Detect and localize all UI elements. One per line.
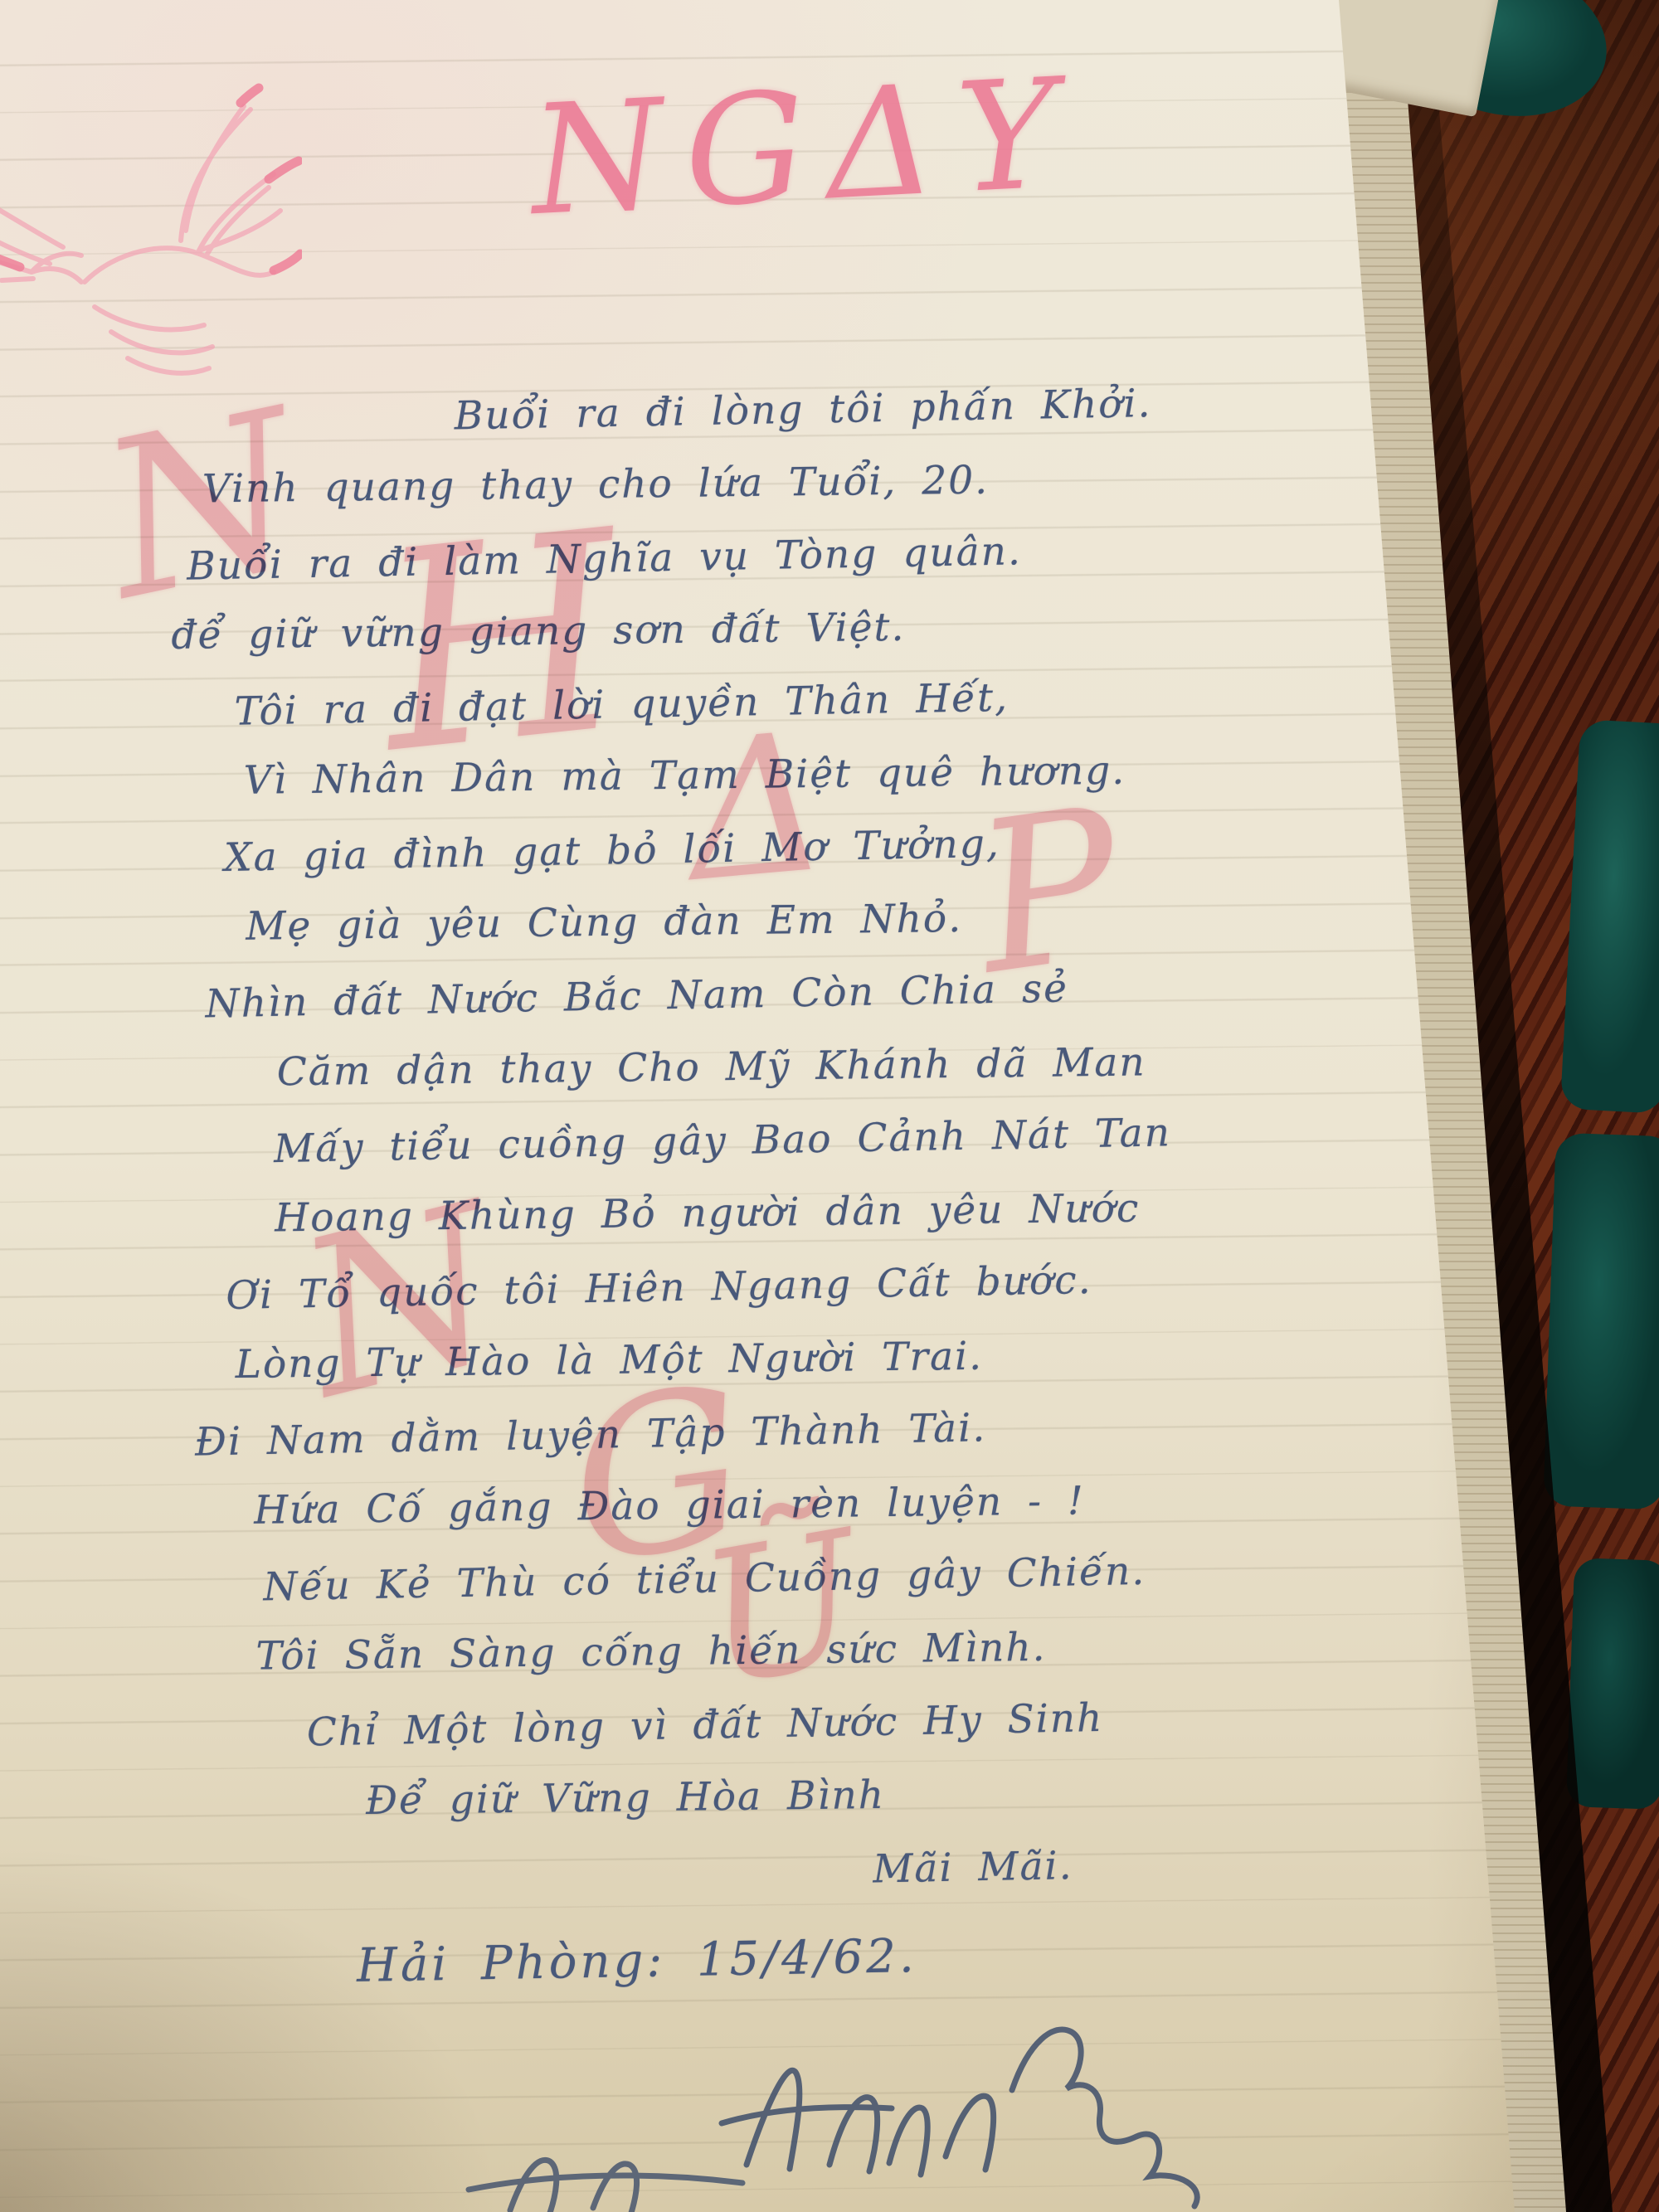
marker-letter-Δ: Δ — [680, 707, 834, 910]
page-title: NGΔY — [528, 57, 1082, 236]
poem-line: Để giữ Vững Hòa Bình — [366, 1753, 1404, 1838]
poem-line: Buổi ra đi lòng tôi phấn Khởi. — [454, 363, 1384, 454]
marker-letter-Ũ: Ũ — [690, 1506, 873, 1713]
photo-canvas: NGΔY Buổi ra đi lòng tôi phấn Khởi.Vinh … — [0, 0, 1659, 2212]
signature-scribble — [697, 1999, 1261, 2212]
marker-letter-H: H — [368, 494, 635, 791]
poem-line: Mãi Mãi. — [872, 1824, 1404, 1907]
signature-scribble-partial — [452, 2140, 751, 2212]
marker-letter-P: P — [965, 780, 1131, 1004]
notebook-cover-edge — [1543, 1133, 1659, 1510]
dove-sketch-icon — [0, 33, 302, 382]
date-line: Hải Phòng: 15/4/62. — [356, 1929, 917, 1993]
notebook-cover-edge — [1560, 719, 1659, 1114]
notebook-cover-edge — [1566, 1558, 1659, 1810]
